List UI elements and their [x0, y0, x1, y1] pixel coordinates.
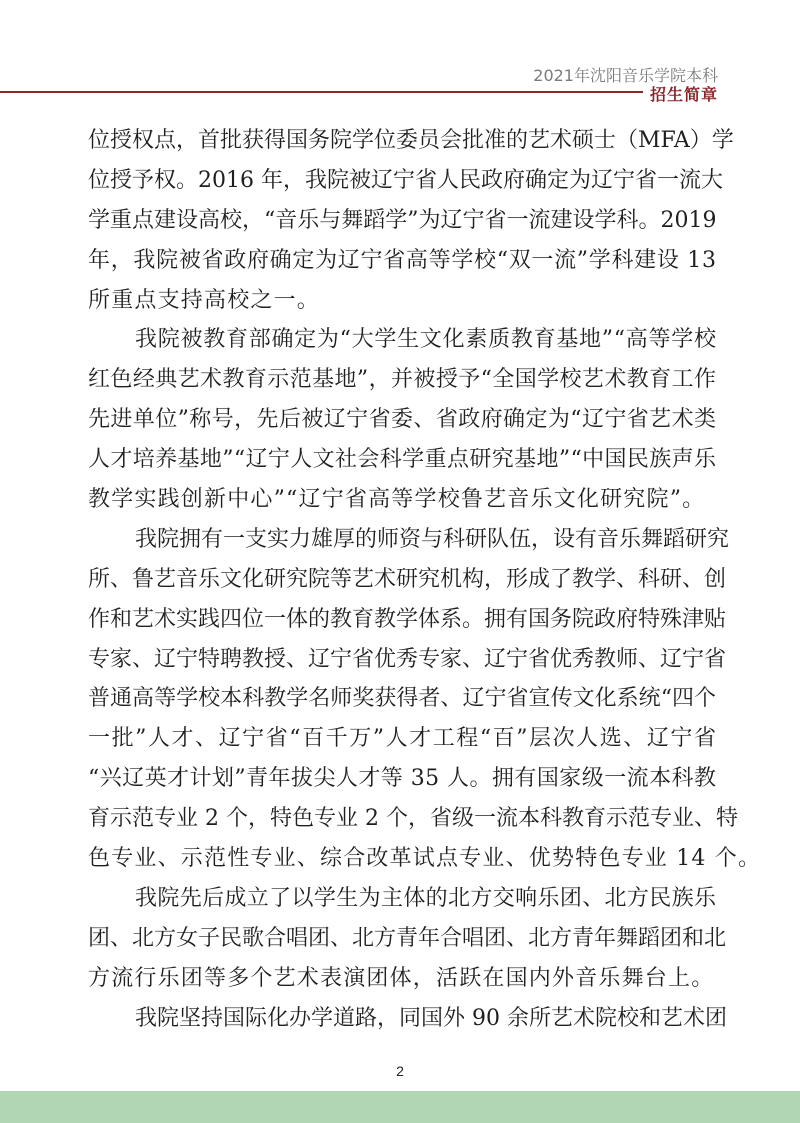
text-line: 我院坚持国际化办学道路，同国外 90 余所艺术院校和艺术团 — [88, 999, 716, 1039]
text-line: 位授予权。2016 年，我院被辽宁省人民政府确定为辽宁省一流大 — [88, 161, 716, 201]
text-line: 色专业、示范性专业、综合改革试点专业、优势特色专业 14 个。 — [88, 839, 716, 879]
text-line: 方流行乐团等多个艺术表演团体，活跃在国内外音乐舞台上。 — [88, 959, 716, 999]
page-number: 2 — [0, 1063, 800, 1079]
header-rule-divider — [0, 91, 643, 93]
text-line: 教学实践创新中心”“辽宁省高等学校鲁艺音乐文化研究院”。 — [88, 480, 716, 520]
text-line: 人才培养基地”“辽宁人文社会科学重点研究基地”“中国民族声乐 — [88, 440, 716, 480]
text-line: 先进单位”称号，先后被辽宁省委、省政府确定为“辽宁省艺术类 — [88, 400, 716, 440]
header-subtitle: 招生简章 — [650, 82, 718, 105]
footer-band — [0, 1091, 800, 1123]
text-line: 普通高等学校本科教学名师奖获得者、辽宁省宣传文化系统“四个 — [88, 679, 716, 719]
document-body: 位授权点，首批获得国务院学位委员会批准的艺术硕士（MFA）学 位授予权。2016… — [88, 121, 716, 1038]
text-line: 我院被教育部确定为“大学生文化素质教育基地”“高等学校 — [88, 320, 716, 360]
text-line: 所、鲁艺音乐文化研究院等艺术研究机构，形成了教学、科研、创 — [88, 560, 716, 600]
text-line: 所重点支持高校之一。 — [88, 281, 716, 321]
text-line: 年，我院被省政府确定为辽宁省高等学校“双一流”学科建设 13 — [88, 241, 716, 281]
text-line: “兴辽英才计划”青年拔尖人才等 35 人。拥有国家级一流本科教 — [88, 759, 716, 799]
text-line: 作和艺术实践四位一体的教育教学体系。拥有国务院政府特殊津贴 — [88, 600, 716, 640]
text-line: 育示范专业 2 个，特色专业 2 个，省级一流本科教育示范专业、特 — [88, 799, 716, 839]
text-line: 一批”人才、辽宁省“百千万”人才工程“百”层次人选、辽宁省 — [88, 719, 716, 759]
text-line: 专家、辽宁特聘教授、辽宁省优秀专家、辽宁省优秀教师、辽宁省 — [88, 640, 716, 680]
text-line: 团、北方女子民歌合唱团、北方青年合唱团、北方青年舞蹈团和北 — [88, 919, 716, 959]
text-line: 我院先后成立了以学生为主体的北方交响乐团、北方民族乐 — [88, 879, 716, 919]
text-line: 学重点建设高校，“音乐与舞蹈学”为辽宁省一流建设学科。2019 — [88, 201, 716, 241]
text-line: 我院拥有一支实力雄厚的师资与科研队伍，设有音乐舞蹈研究 — [88, 520, 716, 560]
text-line: 红色经典艺术教育示范基地”，并被授予“全国学校艺术教育工作 — [88, 360, 716, 400]
text-line: 位授权点，首批获得国务院学位委员会批准的艺术硕士（MFA）学 — [88, 121, 716, 161]
